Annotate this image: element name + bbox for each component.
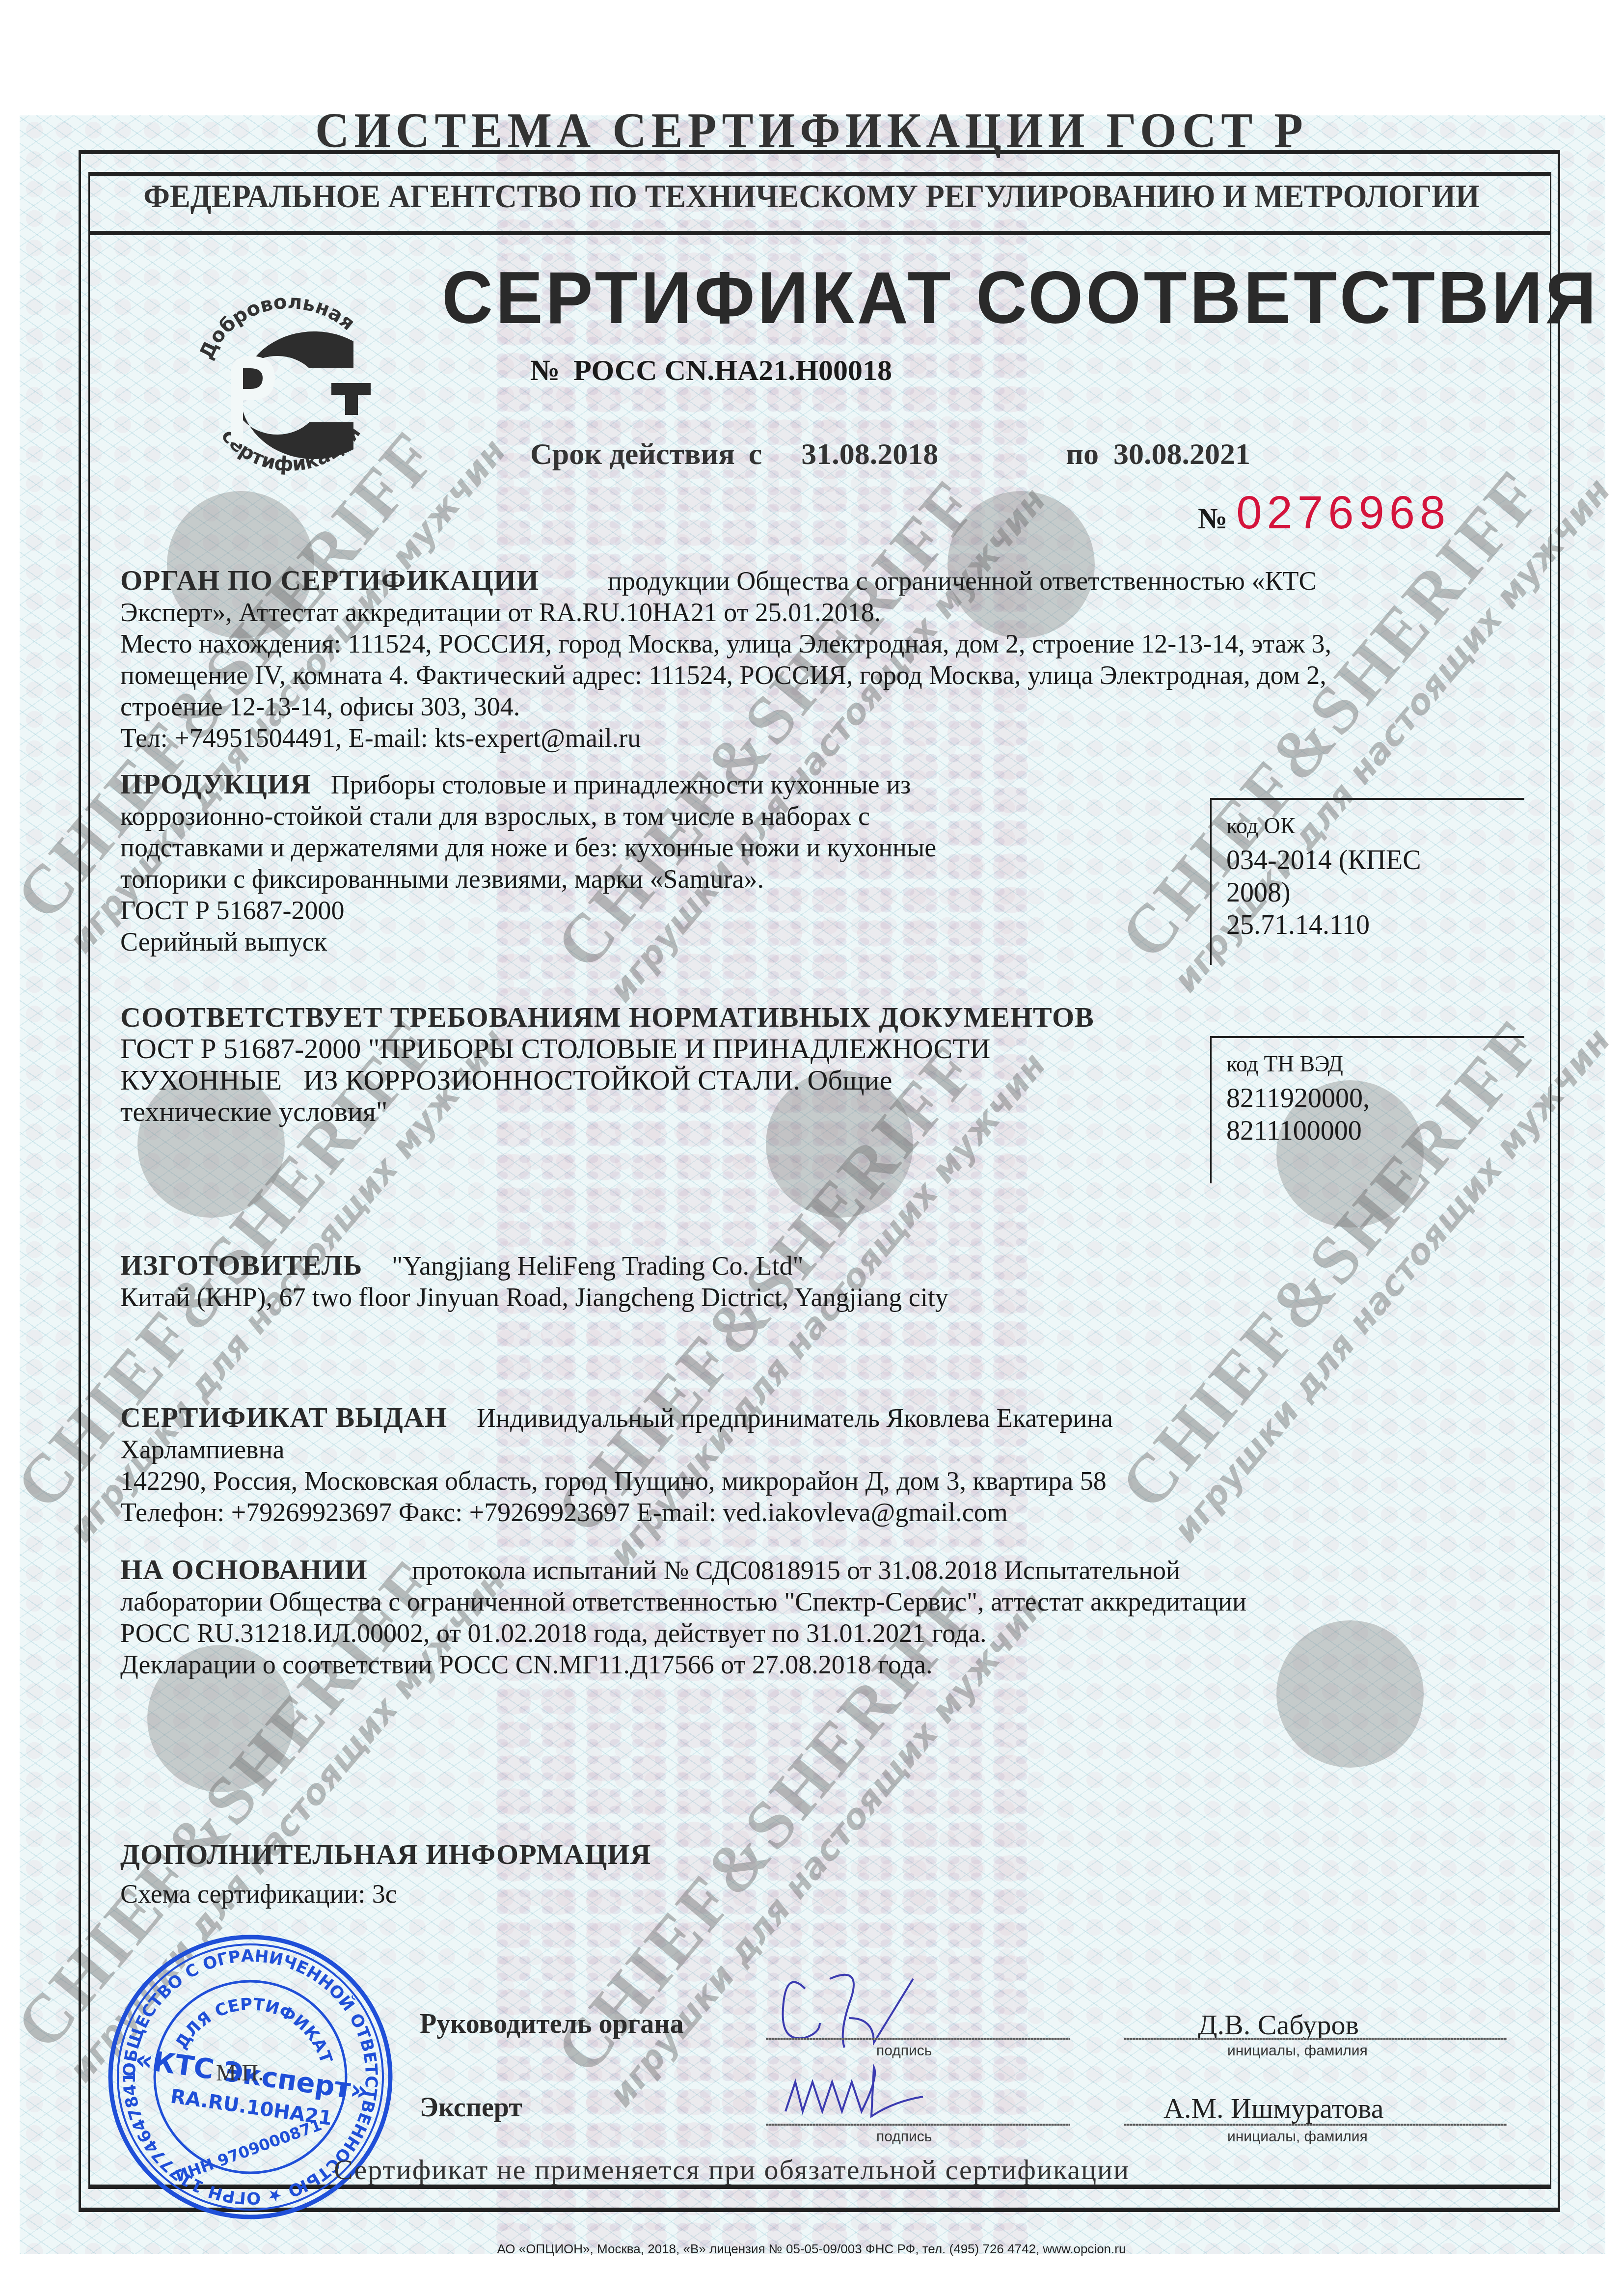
valid-to-date: 30.08.2021 xyxy=(1113,437,1250,471)
name-caption: инициалы, фамилия xyxy=(1227,2043,1368,2059)
additional-info-label: ДОПОЛНИТЕЛЬНАЯ ИНФОРМАЦИЯ xyxy=(120,1839,1529,1870)
ok-code-line: 2008) xyxy=(1226,876,1524,909)
text-line: Индивидуальный предприниматель Яковлева … xyxy=(477,1403,1113,1433)
expert-name-line xyxy=(1124,2124,1507,2126)
expert-label: Эксперт xyxy=(420,2092,522,2123)
text-line: подставками и держателями для ноже и без… xyxy=(120,832,1151,863)
text-line: Харлампиевна xyxy=(120,1434,1529,1465)
text-line: Место нахождения: 111524, РОССИЯ, город … xyxy=(120,628,1529,659)
to-label: по xyxy=(1066,437,1099,471)
head-name-line xyxy=(1124,2038,1507,2040)
additional-info-section: ДОПОЛНИТЕЛЬНАЯ ИНФОРМАЦИЯ Схема сертифик… xyxy=(120,1839,1529,1910)
name-caption: инициалы, фамилия xyxy=(1227,2129,1368,2145)
tnved-code-box: код ТН ВЭД 8211920000, 8211100000 xyxy=(1210,1036,1524,1183)
svg-text:ИНН 9709000871: ИНН 9709000871 xyxy=(173,2115,324,2186)
text-line: Эксперт», Аттестат аккредитации от RA.RU… xyxy=(120,597,1529,628)
manufacturer-name: "Yangjiang HeliFeng Trading Co. Ltd" xyxy=(392,1251,803,1281)
document-title: СЕРТИФИКАТ СООТВЕТСТВИЯ xyxy=(442,255,1599,340)
text-line: протокола испытаний № СДС0818915 от 31.0… xyxy=(412,1556,1180,1585)
expert-signature-line xyxy=(766,2124,1070,2126)
contact-line: Телефон: +79269923697 Факс: +79269923697… xyxy=(120,1497,1529,1528)
text-line: Приборы столовые и принадлежности кухонн… xyxy=(331,770,911,799)
product-label: ПРОДУКЦИЯ xyxy=(120,768,311,800)
head-name: Д.В. Сабуров xyxy=(1198,2008,1359,2041)
basis-label: НА ОСНОВАНИИ xyxy=(120,1554,368,1585)
ok-code-line: 25.71.14.110 xyxy=(1226,909,1524,941)
text-line: ГОСТ Р 51687-2000 xyxy=(120,895,1151,926)
system-title: СИСТЕМА СЕРТИФИКАЦИИ ГОСТ Р xyxy=(0,102,1623,159)
blank-serial-number: №0276968 xyxy=(1198,486,1450,539)
text-line: коррозионно-стойкой стали для взрослых, … xyxy=(120,800,1151,832)
conformity-label: СООТВЕТСТВУЕТ ТРЕБОВАНИЯМ НОРМАТИВНЫХ ДО… xyxy=(120,1002,1529,1033)
tnved-code-caption: код ТН ВЭД xyxy=(1226,1048,1524,1080)
rst-certification-mark-icon: Добровольная сертификация xyxy=(189,275,385,481)
text-line: продукции Общества с ограниченной ответс… xyxy=(608,566,1316,596)
contact-line: Тел: +74951504491, E-mail: kts-expert@ma… xyxy=(120,722,1529,754)
ok-code-box: код ОК 034-2014 (КПЕС 2008) 25.71.14.110 xyxy=(1210,798,1524,965)
signature-caption: подпись xyxy=(876,2129,932,2145)
expert-name: А.М. Ишмуратова xyxy=(1163,2092,1383,2125)
certificate-number: №РОСС CN.HA21.H00018 xyxy=(530,354,892,387)
validity-period: Срок действияс31.08.2018по30.08.2021 xyxy=(530,437,1250,472)
number-sign: № xyxy=(1198,502,1227,535)
text-line: топорики с фиксированными лезвиями, марк… xyxy=(120,863,1151,895)
tnved-code-line: 8211100000 xyxy=(1226,1115,1524,1147)
certification-scheme: Схема сертификации: 3с xyxy=(120,1878,1529,1910)
issued-to-label: СЕРТИФИКАТ ВЫДАН xyxy=(120,1401,447,1433)
tnved-code-line: 8211920000, xyxy=(1226,1082,1524,1115)
number-sign: № xyxy=(530,354,560,386)
validity-label: Срок действия xyxy=(530,437,735,471)
text-line: 142290, Россия, Московская область, горо… xyxy=(120,1465,1529,1497)
text-line: помещение IV, комната 4. Фактический адр… xyxy=(120,659,1529,691)
issued-to-section: СЕРТИФИКАТ ВЫДАНИндивидуальный предприни… xyxy=(120,1402,1529,1528)
certification-body-section: ОРГАН ПО СЕРТИФИКАЦИИпродукции Общества … xyxy=(120,565,1529,754)
expert-signature-icon xyxy=(776,2062,952,2126)
product-section: ПРОДУКЦИЯПриборы столовые и принадлежнос… xyxy=(120,768,1151,957)
agency-title: ФЕДЕРАЛЬНОЕ АГЕНТСТВО ПО ТЕХНИЧЕСКОМУ РЕ… xyxy=(65,177,1558,216)
ok-code-line: 034-2014 (КПЕС xyxy=(1226,844,1524,876)
certificate-number-value: РОСС CN.HA21.H00018 xyxy=(573,354,892,386)
text-line: РОСС RU.31218.ИЛ.00002, от 01.02.2018 го… xyxy=(120,1617,1529,1649)
header-divider xyxy=(89,231,1550,235)
footer-note: Сертификат не применяется при обязательн… xyxy=(334,2153,1130,2186)
head-of-body-label: Руководитель органа xyxy=(420,2008,683,2040)
manufacturer-label: ИЗГОТОВИТЕЛЬ xyxy=(120,1249,362,1281)
certification-body-label: ОРГАН ПО СЕРТИФИКАЦИИ xyxy=(120,564,539,596)
manufacturer-section: ИЗГОТОВИТЕЛЬ"Yangjiang HeliFeng Trading … xyxy=(120,1250,1529,1313)
signature-caption: подпись xyxy=(876,2043,932,2059)
manufacturer-address: Китай (КНР), 67 two floor Jinyuan Road, … xyxy=(120,1282,1529,1313)
blank-number-value: 0276968 xyxy=(1236,487,1450,538)
head-signature-line xyxy=(766,2038,1070,2040)
text-line: лаборатории Общества с ограниченной отве… xyxy=(120,1586,1529,1617)
text-line: Серийный выпуск xyxy=(120,926,1151,957)
text-line: Декларации о соответствии РОСС CN.МГ11.Д… xyxy=(120,1649,1529,1680)
valid-from-date: 31.08.2018 xyxy=(801,437,938,471)
text-line: строение 12-13-14, офисы 303, 304. xyxy=(120,691,1529,722)
from-label: с xyxy=(749,437,762,471)
printer-imprint: АО «ОПЦИОН», Москва, 2018, «В» лицензия … xyxy=(0,2241,1623,2257)
seal-place-label: М.П. xyxy=(216,2060,264,2086)
basis-section: НА ОСНОВАНИИпротокола испытаний № СДС081… xyxy=(120,1554,1529,1680)
ok-code-caption: код ОК xyxy=(1226,810,1524,842)
